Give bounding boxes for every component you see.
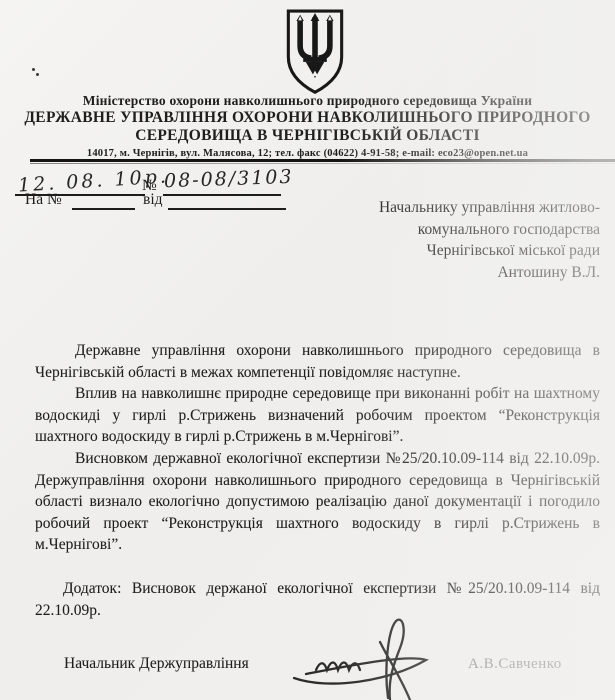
recipient-line: Начальнику управління житлово- — [350, 197, 600, 219]
reply-date-label: від — [143, 191, 163, 209]
ukraine-trident-emblem-icon — [284, 7, 346, 97]
body-paragraph-1: Державне управління охорони навколишньог… — [35, 340, 600, 383]
number-underline — [163, 194, 281, 196]
letterhead: Міністерство охорони навколишнього приро… — [20, 92, 595, 160]
scan-artifact-dots — [31, 67, 41, 79]
body-paragraph-3: Висновком державної екологічної експерти… — [35, 448, 600, 556]
letterhead-divider — [30, 159, 615, 162]
handwritten-outgoing-number: 08-08/3103 — [164, 166, 294, 193]
recipient-name: Антошину В.Л. — [350, 262, 600, 284]
attachment-note: Додаток: Висновок держаної екологічної е… — [35, 578, 600, 621]
handwritten-signature — [288, 616, 443, 700]
recipient-block: Начальнику управління житлово- комунальн… — [350, 197, 600, 283]
reply-date-blank-field — [168, 208, 286, 210]
department-name-line1: ДЕРЖАВНЕ УПРАВЛІННЯ ОХОРОНИ НАВКОЛИШНЬОГ… — [20, 109, 595, 127]
signer-name: А.В.Савченко — [468, 656, 562, 673]
reply-number-blank-field — [72, 208, 135, 210]
body-paragraph-2: Вплив на навколишнє природне середовище … — [35, 383, 600, 448]
ministry-name: Міністерство охорони навколишнього приро… — [20, 92, 595, 109]
scanned-letter-page: Міністерство охорони навколишнього приро… — [0, 0, 615, 700]
recipient-line: Чернігівської міської ради — [350, 240, 600, 262]
department-name-line2: СЕРЕДОВИЩА В ЧЕРНІГІВСЬКІЙ ОБЛАСТІ — [20, 127, 595, 145]
reply-to-number-label: На № — [25, 191, 62, 209]
signer-position-title: Начальник Держуправління — [64, 655, 249, 673]
recipient-line: комунального господарства — [350, 219, 600, 241]
letter-body: Державне управління охорони навколишньог… — [35, 340, 600, 621]
